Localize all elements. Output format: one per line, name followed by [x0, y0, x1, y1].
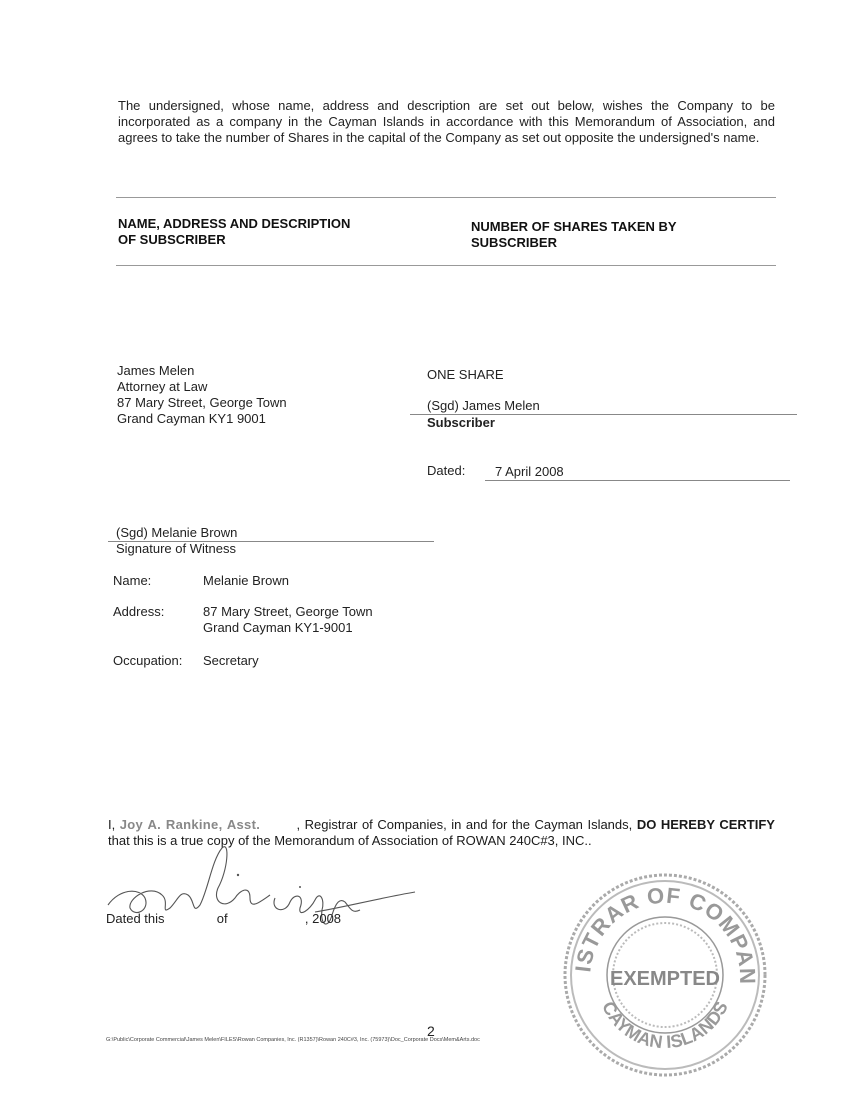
subscriber-signature-label: Subscriber [427, 415, 495, 431]
column-header-shares: NUMBER OF SHARES TAKEN BY SUBSCRIBER [471, 219, 677, 251]
witness-occupation-value: Secretary [203, 653, 259, 668]
column-header-shares-line2: SUBSCRIBER [471, 235, 677, 251]
certification-bold-hereby: HEREBY CERTIFY [661, 817, 775, 832]
subscriber-dated-line: 7 April 2008 [485, 464, 790, 481]
subscriber-shares: ONE SHARE [427, 367, 504, 383]
column-header-subscriber-line2: OF SUBSCRIBER [118, 232, 350, 248]
witness-name-label: Name: [113, 573, 203, 589]
table-bottom-rule [116, 265, 776, 266]
witness-name-row: Name:Melanie Brown [113, 573, 289, 589]
certification-bold-do: DO [637, 817, 657, 832]
subscriber-signature-line: (Sgd) James Melen [410, 398, 797, 415]
certification-dated-of: of [217, 911, 228, 926]
subscriber-name: James Melen [117, 363, 287, 379]
intro-paragraph: The undersigned, whose name, address and… [118, 98, 775, 146]
subscriber-signature: (Sgd) James Melen [427, 398, 540, 413]
registrar-name-stamp: Joy A. Rankine, Asst. [120, 817, 260, 832]
witness-address-row: Address: 87 Mary Street, George Town Gra… [113, 604, 373, 636]
witness-name-value: Melanie Brown [203, 573, 289, 588]
column-header-shares-line1: NUMBER OF SHARES TAKEN BY [471, 219, 677, 235]
certification-middle: , Registrar of Companies, in and for the… [297, 817, 633, 832]
certification-dated-prefix: Dated this [106, 911, 165, 926]
subscriber-dated-value: 7 April 2008 [495, 464, 564, 479]
seal-center-text: EXEMPTED [610, 968, 720, 990]
witness-occupation-label: Occupation: [113, 653, 203, 669]
subscriber-address-line1: 87 Mary Street, George Town [117, 395, 287, 411]
column-header-subscriber: NAME, ADDRESS AND DESCRIPTION OF SUBSCRI… [118, 216, 350, 248]
witness-signature: (Sgd) Melanie Brown [116, 525, 237, 540]
certification-dated-year: , 2008 [305, 911, 341, 926]
subscriber-address-line2: Grand Cayman KY1 9001 [117, 411, 287, 427]
witness-occupation-row: Occupation:Secretary [113, 653, 259, 669]
footer-file-path: G:\Public\Corporate Commercial\James Mel… [106, 1037, 480, 1043]
witness-address-label: Address: [113, 604, 203, 620]
witness-address-line1: 87 Mary Street, George Town [203, 604, 373, 620]
witness-signature-label: Signature of Witness [116, 541, 236, 557]
witness-signature-line: (Sgd) Melanie Brown [108, 525, 434, 542]
certification-prefix: I, [108, 817, 115, 832]
subscriber-details: James Melen Attorney at Law 87 Mary Stre… [117, 363, 287, 427]
table-top-rule [116, 197, 776, 198]
svg-text:CAYMAN ISLANDS: CAYMAN ISLANDS [598, 998, 732, 1052]
certification-dated-row: Dated this of , 2008 [106, 911, 341, 927]
subscriber-dated-label: Dated: [427, 463, 465, 479]
subscriber-title: Attorney at Law [117, 379, 287, 395]
column-header-subscriber-line1: NAME, ADDRESS AND DESCRIPTION [118, 216, 350, 232]
registrar-seal: REGISTRAR OF COMPANIES EXEMPTED CAYMAN I… [560, 870, 770, 1080]
witness-address-line2: Grand Cayman KY1-9001 [203, 620, 373, 636]
seal-bottom-text: CAYMAN ISLANDS [598, 998, 732, 1052]
